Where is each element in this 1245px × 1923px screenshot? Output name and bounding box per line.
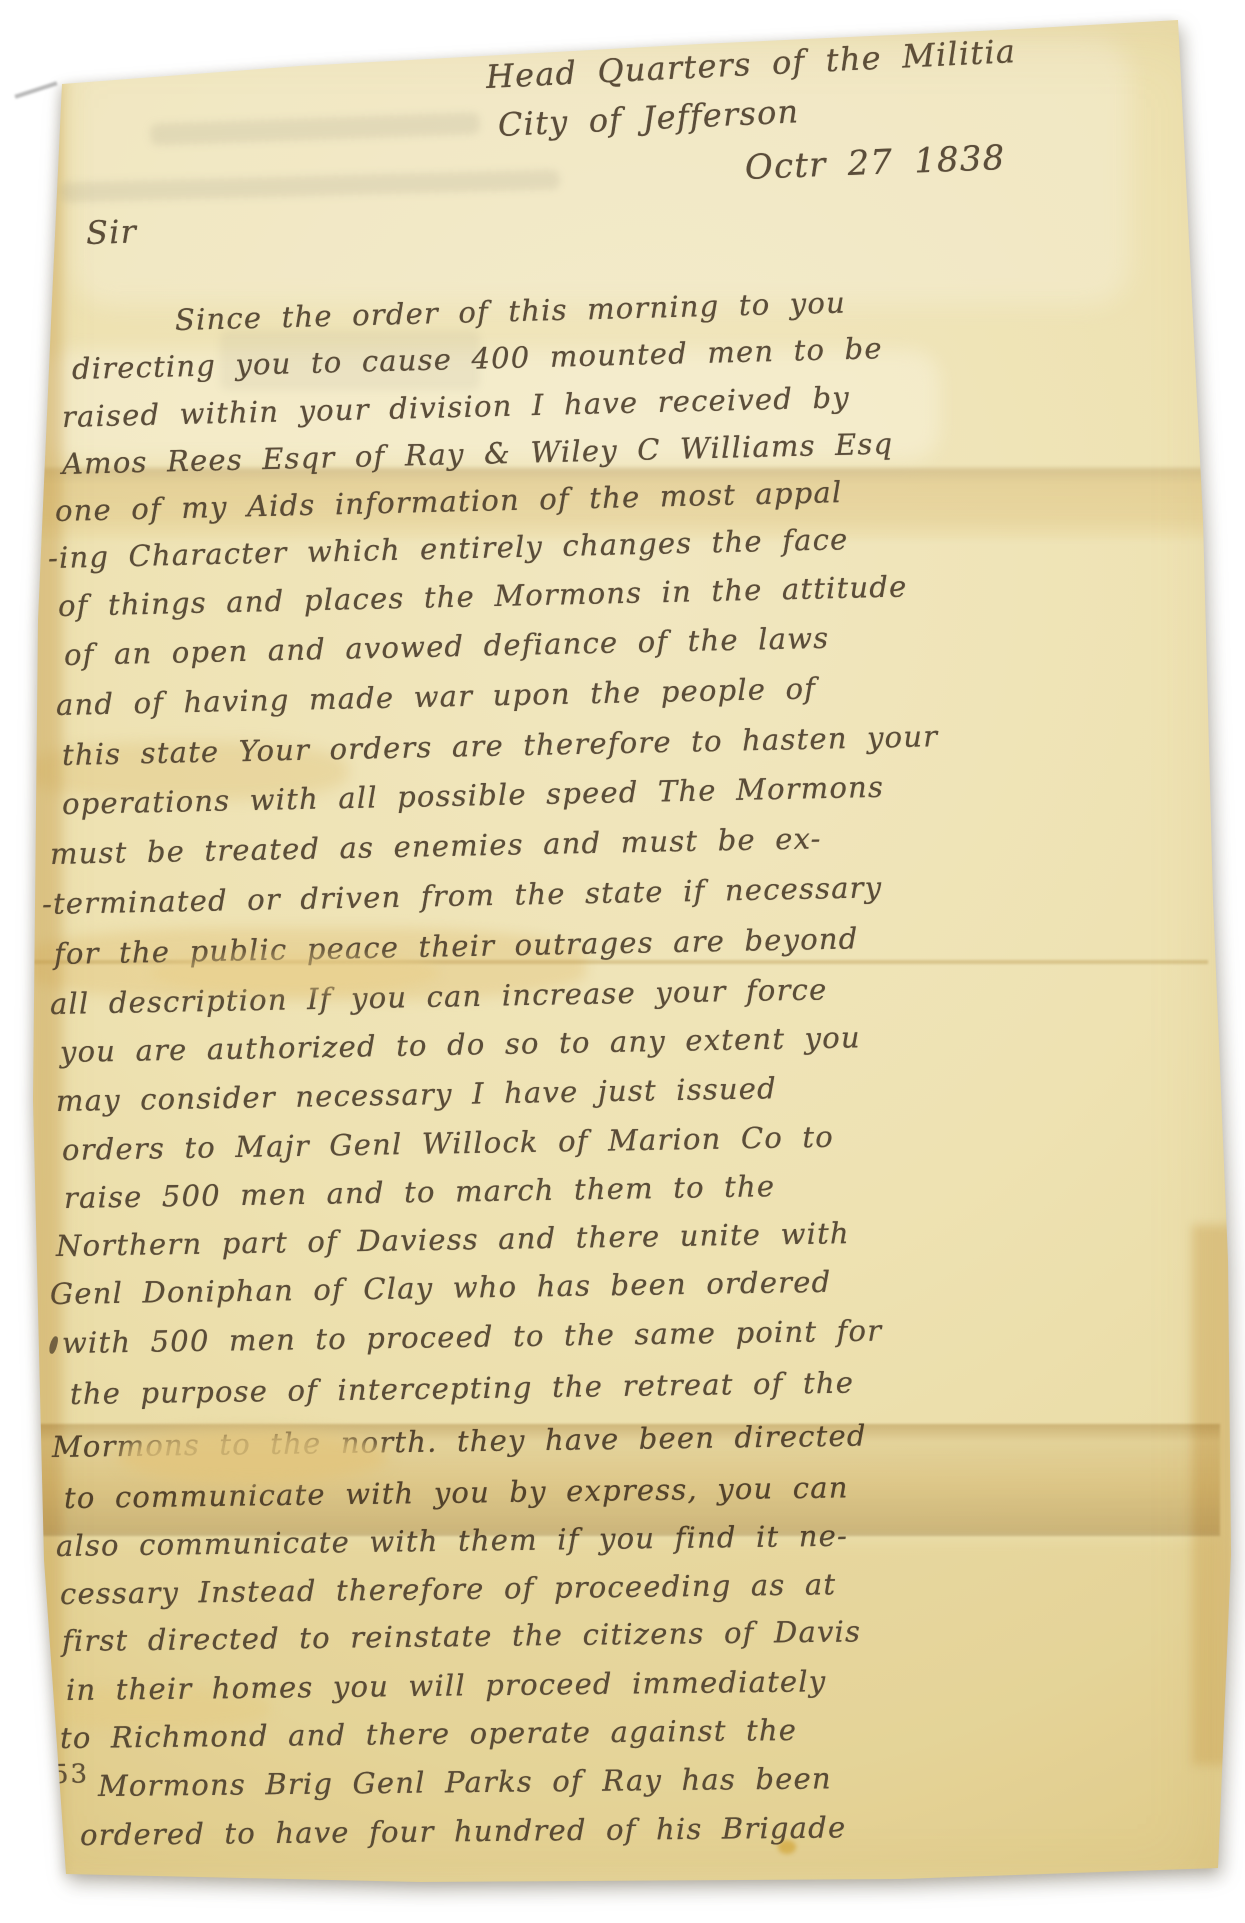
manuscript-line: -terminated or driven from the state if … [42, 870, 883, 921]
manuscript-line: of things and places the Mormons in the … [58, 569, 908, 623]
letter-content: Head Quarters of the Militia City of Jef… [0, 0, 1245, 1923]
letter-sheet: Head Quarters of the Militia City of Jef… [0, 0, 1245, 1923]
manuscript-line: raised within your division I have recei… [62, 380, 851, 434]
manuscript-line: Amos Rees Esqr of Ray & Wiley C Williams… [62, 427, 894, 481]
letterhead-line1: Head Quarters of the Militia [485, 32, 1017, 96]
manuscript-line: with 500 men to proceed to the same poin… [62, 1314, 883, 1360]
manuscript-line: of an open and avowed defiance of the la… [64, 621, 830, 672]
manuscript-line: ordered to have four hundred of his Brig… [80, 1810, 847, 1852]
manuscript-line: to communicate with you by express, you … [64, 1470, 849, 1515]
margin-page-number: 53 [52, 1759, 90, 1790]
manuscript-line: also communicate with them if you find i… [56, 1519, 848, 1563]
manuscript-line: orders to Majr Genl Willock of Marion Co… [62, 1120, 834, 1167]
manuscript-line: you are authorized to do so to any exten… [60, 1020, 861, 1069]
scan-background: Head Quarters of the Militia City of Jef… [0, 0, 1245, 1923]
manuscript-line: cessary Instead therefore of proceeding … [60, 1567, 837, 1611]
manuscript-line: directing you to cause 400 mounted men t… [72, 331, 884, 386]
letterhead-line2: City of Jefferson [497, 92, 800, 144]
salutation: Sir [85, 212, 137, 252]
manuscript-line: Since the order of this morning to you [175, 285, 847, 337]
manuscript-line: must be treated as enemies and must be e… [50, 821, 822, 871]
paper-shadow: Head Quarters of the Militia City of Jef… [0, 0, 1245, 1923]
manuscript-line: Northern part of Daviess and there unite… [56, 1216, 850, 1263]
manuscript-line: and of having made war upon the people o… [56, 671, 817, 722]
manuscript-line: operations with all possible speed The M… [62, 770, 885, 821]
manuscript-line: first directed to reinstate the citizens… [62, 1614, 862, 1658]
manuscript-line: -ing Character which entirely changes th… [48, 522, 849, 575]
manuscript-line: this state Your orders are therefore to … [62, 719, 939, 772]
margin-tick-mark [48, 1335, 59, 1354]
manuscript-line: Mormons Brig Genl Parks of Ray has been [98, 1761, 832, 1803]
letter-date: Octr 27 1838 [744, 138, 1006, 188]
manuscript-line: raise 500 men and to march them to the [64, 1169, 776, 1215]
manuscript-line: Genl Doniphan of Clay who has been order… [50, 1265, 832, 1311]
manuscript-line: for the public peace their outrages are … [54, 921, 859, 971]
manuscript-line: the purpose of intercepting the retreat … [70, 1366, 855, 1411]
manuscript-line: to Richmond and there operate against th… [60, 1713, 798, 1755]
manuscript-line: one of my Aids information of the most a… [55, 475, 843, 528]
manuscript-line: all description If you can increase your… [50, 972, 828, 1021]
manuscript-line: may consider necessary I have just issue… [56, 1071, 777, 1118]
manuscript-line: in their homes you will proceed immediat… [66, 1664, 827, 1707]
manuscript-line: Mormons to the north. they have been dir… [52, 1418, 867, 1464]
